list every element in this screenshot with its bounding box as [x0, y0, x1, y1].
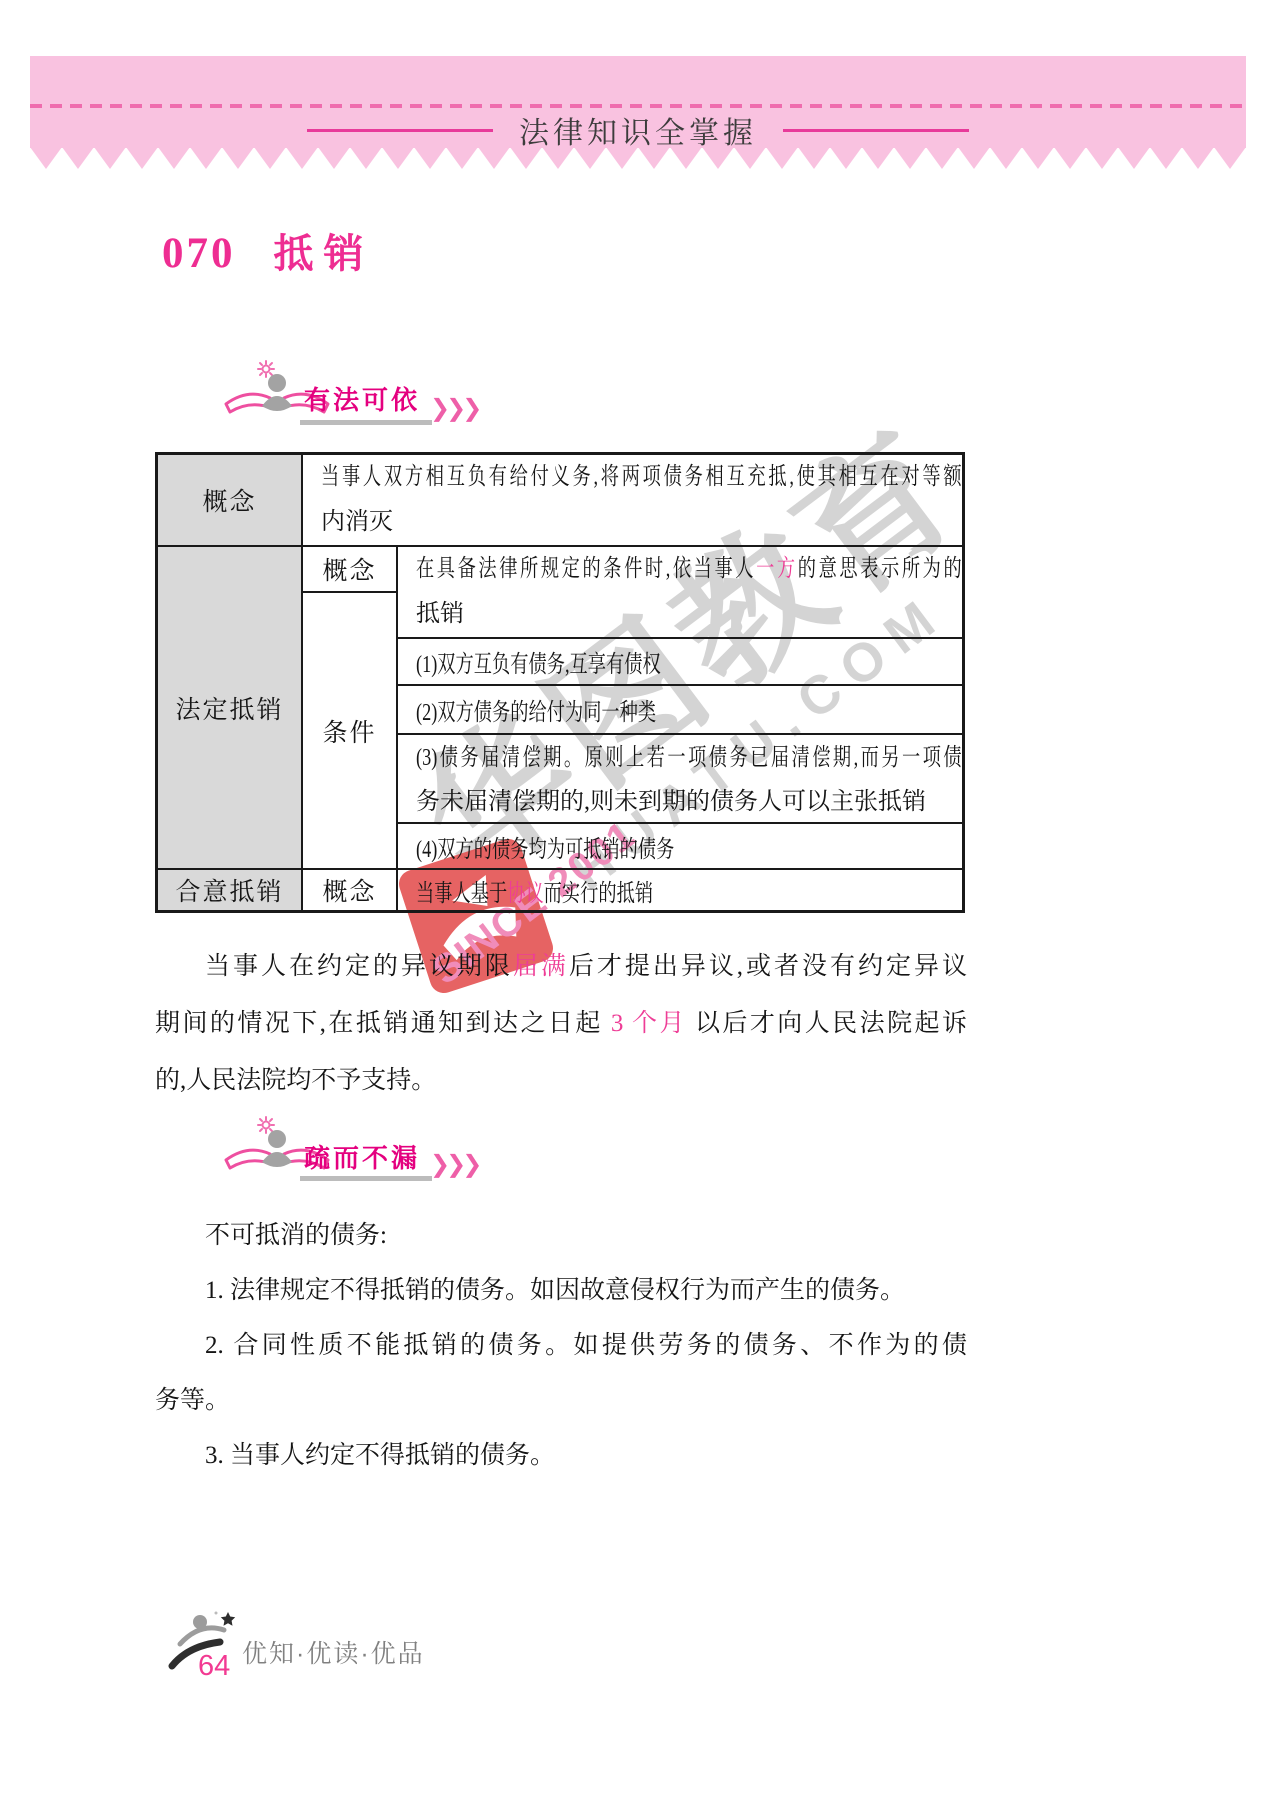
book-title: 法律知识全掌握: [519, 108, 757, 152]
accent-agreement: 协议: [507, 881, 543, 907]
row3-sub-concept-cell: 概念: [303, 870, 396, 910]
statutory-concept-line1: 在具备法律所规定的条件时,依当事人一方的意思表示所为的: [416, 547, 962, 592]
badge-underline: [300, 1176, 432, 1181]
header-title-row: 法律知识全掌握: [30, 110, 1246, 150]
commentary-paragraph: 当事人在约定的异议期限届满后才提出异议,或者没有约定异议 期间的情况下,在抵销通…: [155, 938, 967, 1109]
chevrons-icon: ❯❯❯: [430, 394, 478, 423]
notes-item-2-line1: 2. 合同性质不能抵销的债务。如提供劳务的债务、不作为的债: [155, 1318, 967, 1373]
notes-item-2-line2: 务等。: [155, 1373, 967, 1428]
row2-sub-concept-cell: 概念: [303, 547, 396, 593]
badge-underline: [300, 420, 432, 425]
row2-label-cell: 法定抵销: [158, 547, 303, 868]
section-heading: 070 抵销: [162, 222, 374, 279]
sparkle-icon: [258, 361, 274, 377]
condition-item-2: (2)双方债务的给付为同一种类: [416, 692, 656, 727]
page-number: 64: [198, 1650, 230, 1683]
badge-law-basis: 有法可依: [304, 380, 420, 417]
section-number: 070: [162, 229, 236, 278]
table-row-concept: 概念 当事人双方相互负有给付义务,将两项债务相互充抵,使其相互在对等额 内消灭: [158, 455, 962, 545]
row1-line2: 内消灭: [321, 509, 393, 535]
badge-no-leak: 疏而不漏: [304, 1138, 420, 1175]
condition-item-3-line1: (3)债务届清偿期。原则上若一项债务已届清偿期,而另一项债: [416, 736, 962, 780]
row3-label-cell: 合意抵销: [158, 870, 303, 910]
notes-intro: 不可抵消的债务:: [155, 1208, 967, 1263]
row2-sub-condition-cell: 条件: [303, 593, 396, 868]
statutory-concept-cell: 在具备法律所规定的条件时,依当事人一方的意思表示所为的 抵销: [398, 547, 962, 637]
row1-label-cell: 概念: [158, 455, 303, 545]
accent-one-party: 一方: [756, 556, 798, 582]
paragraph-line-1: 当事人在约定的异议期限届满后才提出异议,或者没有约定异议: [155, 938, 967, 995]
notes-block: 不可抵消的债务: 1. 法律规定不得抵销的债务。如因故意侵权行为而产生的债务。 …: [155, 1208, 967, 1483]
condition-item-2-cell: (2)双方债务的给付为同一种类: [398, 684, 962, 733]
condition-item-3-line2: 务未届清偿期的,则未到期的债务人可以主张抵销: [416, 789, 926, 815]
header-left-line: [307, 129, 493, 132]
condition-item-1: (1)双方互负有债务,互享有债权: [416, 644, 661, 679]
table-row-statutory: 法定抵销 概念 条件 在具备法律所规定的条件时,依当事人一方的意思表示所为的 抵…: [158, 545, 962, 868]
sparkle-icon: [258, 1117, 274, 1133]
agreed-concept-text: 当事人基于协议而实行的抵销: [416, 873, 653, 908]
statutory-concept-line2: 抵销: [416, 601, 464, 627]
condition-item-1-cell: (1)双方互负有债务,互享有债权: [398, 637, 962, 684]
row1-content-cell: 当事人双方相互负有给付义务,将两项债务相互充抵,使其相互在对等额 内消灭: [303, 455, 962, 545]
condition-item-4: (4)双方的债务均为可抵销的债务: [416, 829, 674, 864]
accent-expiry: 届满: [513, 953, 569, 980]
notes-item-1: 1. 法律规定不得抵销的债务。如因故意侵权行为而产生的债务。: [155, 1263, 967, 1318]
table-row-agreed: 合意抵销 概念 当事人基于协议而实行的抵销: [158, 868, 962, 910]
law-table: 概念 当事人双方相互负有给付义务,将两项债务相互充抵,使其相互在对等额 内消灭 …: [155, 452, 965, 913]
paragraph-line-2: 期间的情况下,在抵销通知到达之日起3 个月以后才向人民法院起诉: [155, 995, 967, 1052]
header-right-line: [783, 129, 969, 132]
paragraph-line-3: 的,人民法院均不予支持。: [155, 1052, 967, 1109]
agreed-concept-cell: 当事人基于协议而实行的抵销: [398, 870, 962, 910]
condition-item-4-cell: (4)双方的债务均为可抵销的债务: [398, 822, 962, 868]
chevrons-icon: ❯❯❯: [430, 1150, 478, 1179]
condition-item-3-cell: (3)债务届清偿期。原则上若一项债务已届清偿期,而另一项债 务未届清偿期的,则未…: [398, 733, 962, 822]
row1-line1: 当事人双方相互负有给付义务,将两项债务相互充抵,使其相互在对等额: [321, 455, 962, 500]
notes-item-3: 3. 当事人约定不得抵销的债务。: [155, 1428, 967, 1483]
footer-slogan: 优知·优读·优品: [242, 1634, 425, 1670]
accent-three-months: 3 个月: [603, 1010, 695, 1037]
section-title: 抵销: [274, 222, 374, 279]
book-page: 华图教育 HUATU.COM SINCE 2001 法律知识全掌握: [0, 0, 1276, 1800]
